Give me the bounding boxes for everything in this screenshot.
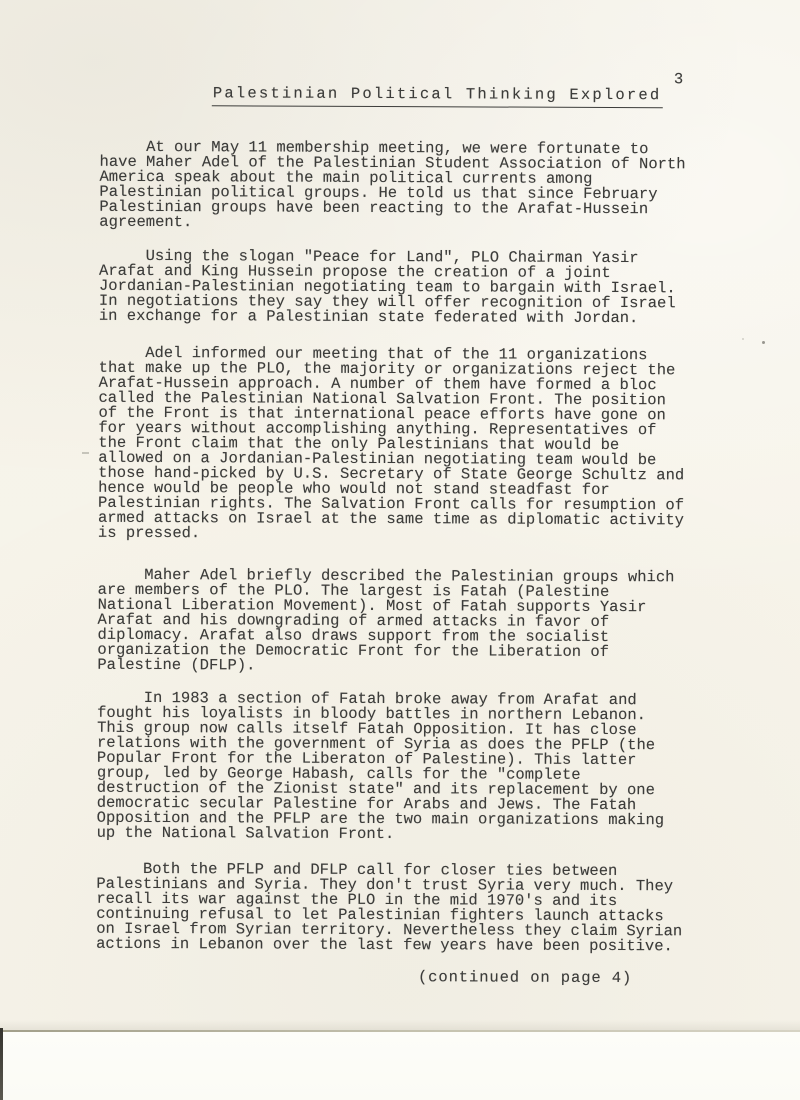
paragraph-2: Using the slogan "Peace for Land", PLO C… bbox=[99, 249, 779, 327]
page-edge-shadow bbox=[0, 1020, 800, 1030]
paragraph-3: Adel informed our meeting that of the 11… bbox=[98, 346, 779, 544]
continued-note: (continued on page 4) bbox=[418, 970, 632, 986]
scan-speck bbox=[762, 341, 765, 344]
paragraph-5: In 1983 a section of Fatah broke away fr… bbox=[97, 691, 778, 844]
paragraph-6: Both the PFLP and DFLP call for closer t… bbox=[96, 862, 776, 955]
scan-speck bbox=[742, 338, 744, 340]
scan-speck bbox=[82, 452, 89, 454]
document-title: Palestinian Political Thinking Explored bbox=[212, 85, 663, 108]
surface-below-page bbox=[0, 1032, 800, 1100]
page-number: 3 bbox=[674, 71, 683, 87]
scanner-edge-mark bbox=[0, 1028, 3, 1100]
paragraph-1: At our May 11 membership meeting, we wer… bbox=[99, 140, 779, 233]
typewritten-text-layer: 3 Palestinian Political Thinking Explore… bbox=[0, 0, 800, 1032]
scanned-document-page: 3 Palestinian Political Thinking Explore… bbox=[0, 0, 800, 1100]
paragraph-4: Maher Adel briefly described the Palesti… bbox=[97, 568, 777, 676]
